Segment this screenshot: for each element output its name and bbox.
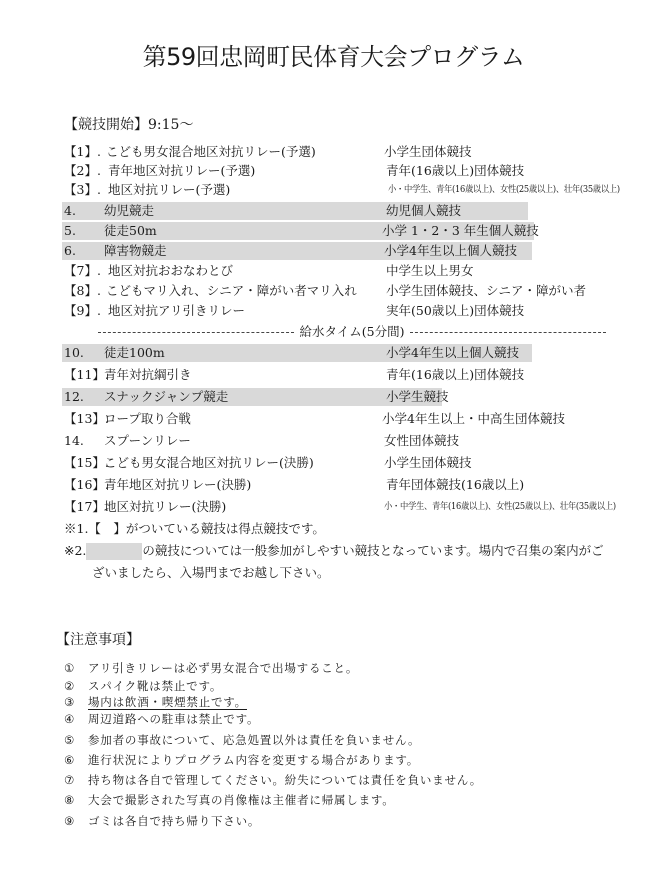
note-2-prefix: ※2. [64, 543, 86, 558]
event-category: 小学生団体競技 [384, 143, 472, 161]
event-name: ロープ取り合戦 [104, 410, 191, 428]
event-category: 小・中学生、青年(16歳以上)、女性(25歳以上)、壮年(35歳以上) [384, 498, 616, 516]
event-number: 【15】. [64, 454, 109, 472]
caution-item-4: ④周辺道路への駐車は禁止です。 [64, 711, 259, 727]
event-name: 青年地区対抗リレー(決勝) [104, 476, 251, 494]
event-number: 【13】. [64, 410, 109, 428]
caution-text: 参加者の事故について、応急処置以外は責任を負いません。 [88, 733, 420, 747]
event-number: 【16】. [64, 476, 109, 494]
caution-text: 大会で撮影された写真の肖像権は主催者に帰属します。 [88, 793, 395, 807]
event-row-15: 【15】. こども男女混合地区対抗リレー(決勝) 小学生団体競技 [62, 454, 622, 472]
event-category: 青年団体競技(16歳以上) [386, 476, 524, 494]
event-name: 青年対抗綱引き [104, 366, 192, 384]
circled-number-1: ① [64, 660, 88, 676]
event-category: 小学生競技 [386, 388, 449, 406]
caution-text: 進行状況によりプログラム内容を変更する場合があります。 [88, 753, 419, 767]
circled-number-8: ⑧ [64, 792, 88, 808]
event-category: 実年(50歳以上)団体競技 [386, 302, 524, 320]
event-number: 【1】. [64, 143, 101, 161]
start-heading: 【競技開始】9:15～ [64, 116, 193, 134]
event-category: 小・中学生、青年(16歳以上)、女性(25歳以上)、壮年(35歳以上) [388, 181, 620, 199]
event-category: 幼児個人競技 [386, 202, 461, 220]
circled-number-6: ⑥ [64, 752, 88, 768]
event-name: 地区対抗リレー(予選) [108, 181, 230, 199]
event-number: 12. [64, 388, 84, 406]
event-category: 小学生団体競技、シニア・障がい者 [386, 282, 586, 300]
event-category: 小学4年生以上個人競技 [386, 344, 519, 362]
note-2-continuation: ざいましたら、入場門までお越し下さい。 [92, 564, 330, 582]
event-row-2: 【2】. 青年地区対抗リレー(予選) 青年(16歳以上)団体競技 [62, 162, 622, 180]
event-row-17: 【17】. 地区対抗リレー(決勝) 小・中学生、青年(16歳以上)、女性(25歳… [62, 498, 622, 516]
event-name: 地区対抗アリ引きリレー [108, 302, 245, 320]
event-number: 【7】. [64, 262, 101, 280]
event-row-3: 【3】. 地区対抗リレー(予選) 小・中学生、青年(16歳以上)、女性(25歳以… [62, 181, 622, 199]
event-name: 青年地区対抗リレー(予選) [108, 162, 255, 180]
event-row-13: 【13】. ロープ取り合戦 小学4年生以上・中高生団体競技 [62, 410, 622, 428]
event-name: 障害物競走 [104, 242, 167, 260]
event-category: 女性団体競技 [384, 432, 459, 450]
event-category: 青年(16歳以上)団体競技 [386, 162, 524, 180]
event-name: こども男女混合地区対抗リレー(予選) [106, 143, 316, 161]
circled-number-2: ② [64, 678, 88, 694]
event-number: 【17】. [64, 498, 109, 516]
event-name: 徒走100m [104, 344, 165, 362]
event-number: 【3】. [64, 181, 101, 199]
circled-number-9: ⑨ [64, 813, 88, 829]
caution-item-5: ⑤参加者の事故について、応急処置以外は責任を負いません。 [64, 732, 420, 748]
dashed-line-right [410, 332, 606, 333]
event-row-7: 【7】. 地区対抗おおなわとび 中学生以上男女 [62, 262, 622, 280]
circled-number-7: ⑦ [64, 772, 88, 788]
event-row-16: 【16】. 青年地区対抗リレー(決勝) 青年団体競技(16歳以上) [62, 476, 622, 494]
event-name: こども男女混合地区対抗リレー(決勝) [104, 454, 314, 472]
event-name: 徒走50m [104, 222, 157, 240]
event-name: 幼児競走 [104, 202, 154, 220]
event-number: 5. [64, 222, 76, 240]
water-break-divider: 給水タイム(5分間) [92, 323, 612, 341]
event-category: 小学4年生以上・中高生団体競技 [382, 410, 565, 428]
circled-number-5: ⑤ [64, 732, 88, 748]
caution-text: ゴミは各自で持ち帰り下さい。 [88, 814, 260, 828]
event-category: 青年(16歳以上)団体競技 [386, 366, 524, 384]
event-name: 地区対抗リレー(決勝) [104, 498, 226, 516]
event-row-6: 6. 障害物競走 小学4年生以上個人競技 [62, 242, 622, 260]
caution-heading: 【注意事項】 [56, 631, 140, 649]
event-name: 地区対抗おおなわとび [108, 262, 233, 280]
note-1: ※1.【 】がついている競技は得点競技です。 [64, 520, 325, 538]
note-2-text: の競技については一般参加がしやすい競技となっています。場内で召集の案内がご [142, 543, 603, 558]
caution-item-2: ②スパイク靴は禁止です。 [64, 678, 222, 694]
caution-text: 持ち物は各自で管理してください。紛失については責任を負いません。 [88, 773, 482, 787]
event-row-1: 【1】. こども男女混合地区対抗リレー(予選) 小学生団体競技 [62, 143, 622, 161]
event-row-4: 4. 幼児競走 幼児個人競技 [62, 202, 622, 220]
event-row-5: 5. 徒走50m 小学 1・2・3 年生個人競技 [62, 222, 622, 240]
caution-text: 場内は飲酒・喫煙禁止です。 [88, 695, 247, 709]
event-row-11: 【11】. 青年対抗綱引き 青年(16歳以上)団体競技 [62, 366, 622, 384]
caution-item-9: ⑨ゴミは各自で持ち帰り下さい。 [64, 813, 260, 829]
event-category: 小学 1・2・3 年生個人競技 [382, 222, 539, 240]
dashed-line-left [98, 332, 294, 333]
page-title: 第59回忠岡町民体育大会プログラム [0, 40, 667, 74]
event-category: 小学4年生以上個人競技 [384, 242, 517, 260]
event-row-8: 【8】. こどもマリ入れ、シニア・障がい者マリ入れ 小学生団体競技、シニア・障が… [62, 282, 622, 300]
event-number: 【8】. [64, 282, 101, 300]
water-break-label: 給水タイム(5分間) [300, 323, 405, 341]
event-number: 14. [64, 432, 84, 450]
event-number: 4. [64, 202, 76, 220]
event-row-10: 10. 徒走100m 小学4年生以上個人競技 [62, 344, 622, 362]
caution-item-6: ⑥進行状況によりプログラム内容を変更する場合があります。 [64, 752, 419, 768]
event-row-14: 14. スプーンリレー 女性団体競技 [62, 432, 622, 450]
event-row-12: 12. スナックジャンプ競走 小学生競技 [62, 388, 622, 406]
circled-number-3: ③ [64, 694, 88, 710]
highlight-legend-swatch [86, 543, 142, 560]
event-name: スプーンリレー [104, 432, 191, 450]
caution-item-1: ①アリ引きリレーは必ず男女混合で出場すること。 [64, 660, 358, 676]
caution-item-7: ⑦持ち物は各自で管理してください。紛失については責任を負いません。 [64, 772, 482, 788]
caution-item-3: ③場内は飲酒・喫煙禁止です。 [64, 694, 247, 710]
event-name: こどもマリ入れ、シニア・障がい者マリ入れ [106, 282, 357, 300]
event-number: 【11】. [64, 366, 109, 384]
event-category: 中学生以上男女 [386, 262, 474, 280]
circled-number-4: ④ [64, 711, 88, 727]
caution-text: スパイク靴は禁止です。 [88, 679, 222, 693]
caution-text: 周辺道路への駐車は禁止です。 [88, 712, 259, 726]
note-2: ※2.の競技については一般参加がしやすい競技となっています。場内で召集の案内がご [64, 542, 604, 560]
event-number: 【9】. [64, 302, 101, 320]
event-number: 10. [64, 344, 84, 362]
event-number: 【2】. [64, 162, 101, 180]
caution-item-8: ⑧大会で撮影された写真の肖像権は主催者に帰属します。 [64, 792, 395, 808]
event-category: 小学生団体競技 [384, 454, 472, 472]
event-row-9: 【9】. 地区対抗アリ引きリレー 実年(50歳以上)団体競技 [62, 302, 622, 320]
event-name: スナックジャンプ競走 [104, 388, 228, 406]
caution-text: アリ引きリレーは必ず男女混合で出場すること。 [88, 661, 358, 675]
event-number: 6. [64, 242, 76, 260]
